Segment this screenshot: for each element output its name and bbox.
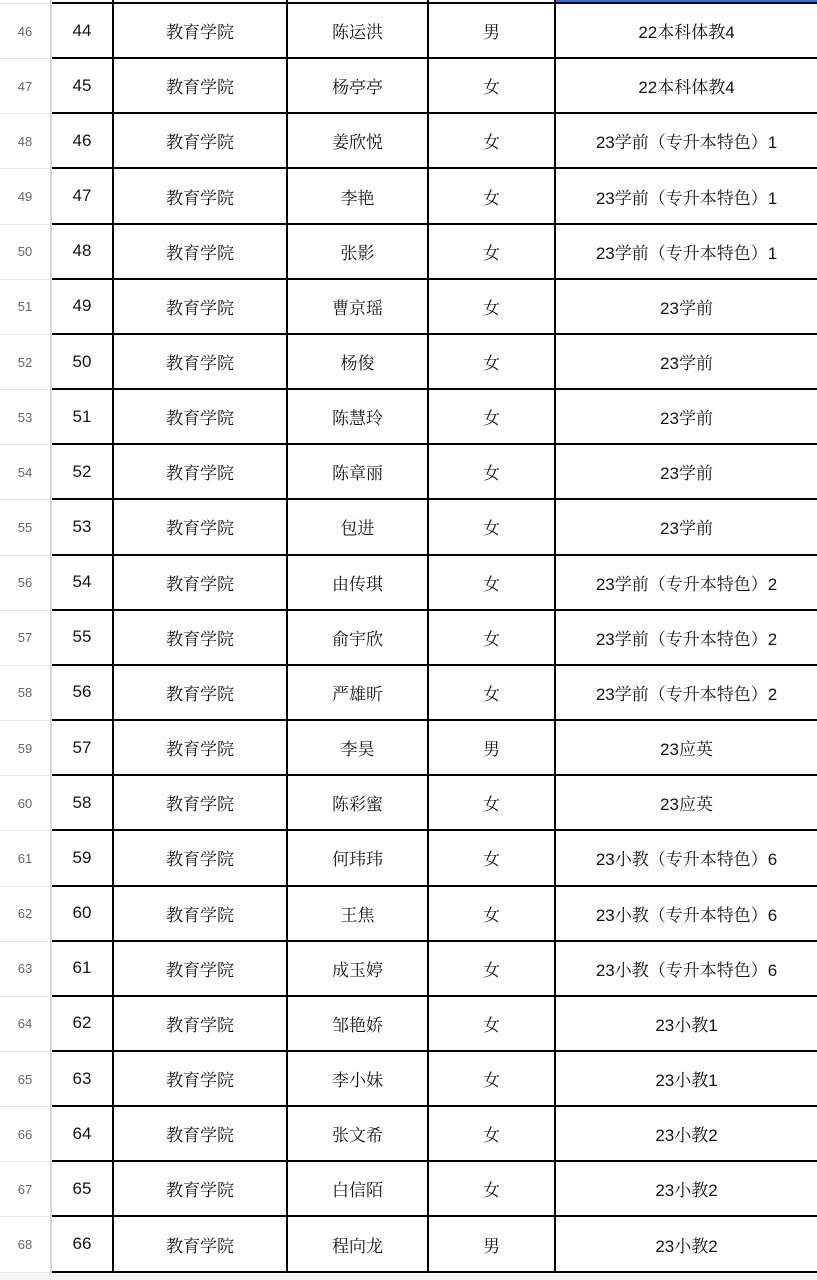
- row-header[interactable]: 50: [0, 225, 50, 280]
- cell-seq[interactable]: 48: [52, 224, 113, 279]
- cell-name[interactable]: 陈运洪: [287, 3, 428, 58]
- cell-gender[interactable]: 女: [428, 444, 555, 499]
- cell-gender[interactable]: 女: [428, 224, 555, 279]
- cell-seq[interactable]: 66: [52, 1216, 113, 1271]
- cell-seq[interactable]: 58: [52, 775, 113, 830]
- cell-gender[interactable]: 女: [428, 389, 555, 444]
- cell-class_name[interactable]: 23学前: [555, 389, 817, 444]
- cell-gender[interactable]: 女: [428, 168, 555, 223]
- row-header-gutter: 4647484950515253545556575859606162636465…: [0, 0, 52, 1280]
- row-header[interactable]: 58: [0, 666, 50, 721]
- cell-class_name[interactable]: 23应英: [555, 775, 817, 830]
- cell-class_name[interactable]: 23学前: [555, 444, 817, 499]
- cell-name[interactable]: 俞宇欣: [287, 610, 428, 665]
- cell-seq[interactable]: 64: [52, 1106, 113, 1161]
- cell-gender[interactable]: 女: [428, 830, 555, 885]
- cell-gender[interactable]: 男: [428, 720, 555, 775]
- cell-seq[interactable]: 65: [52, 1161, 113, 1216]
- cell-seq[interactable]: 45: [52, 58, 113, 113]
- cell-gender[interactable]: 女: [428, 499, 555, 554]
- row-header[interactable]: 53: [0, 390, 50, 445]
- cell-college[interactable]: 教育学院: [113, 720, 287, 775]
- row-header[interactable]: 67: [0, 1162, 50, 1217]
- table-row: 48教育学院张影女23学前（专升本特色）1: [52, 224, 817, 279]
- cell-name[interactable]: 杨俊: [287, 334, 428, 389]
- cell-gender[interactable]: 男: [428, 3, 555, 58]
- cell-college[interactable]: 教育学院: [113, 224, 287, 279]
- row-header[interactable]: 57: [0, 611, 50, 666]
- cell-class_name[interactable]: 23学前（专升本特色）2: [555, 555, 817, 610]
- cell-class_name[interactable]: 23学前: [555, 499, 817, 554]
- row-header[interactable]: 60: [0, 776, 50, 831]
- table-row: 64教育学院张文希女23小教2: [52, 1106, 817, 1161]
- cell-seq[interactable]: 56: [52, 665, 113, 720]
- table-row: 63教育学院李小妹女23小教1: [52, 1051, 817, 1106]
- table-row: 60教育学院王焦女23小教（专升本特色）6: [52, 886, 817, 941]
- table-row: 52教育学院陈章丽女23学前: [52, 444, 817, 499]
- table-row: 50教育学院杨俊女23学前: [52, 334, 817, 389]
- cell-name[interactable]: 邹艳娇: [287, 996, 428, 1051]
- table-row: 57教育学院李昊男23应英: [52, 720, 817, 775]
- table-row: 47教育学院李艳女23学前（专升本特色）1: [52, 168, 817, 223]
- row-header[interactable]: 47: [0, 59, 50, 114]
- row-header[interactable]: 61: [0, 831, 50, 886]
- cell-class_name[interactable]: 22本科体教4: [555, 58, 817, 113]
- cell-seq[interactable]: 59: [52, 830, 113, 885]
- cell-name[interactable]: 由传琪: [287, 555, 428, 610]
- cell-college[interactable]: 教育学院: [113, 941, 287, 996]
- row-header[interactable]: 54: [0, 445, 50, 500]
- cell-name[interactable]: 杨亭亭: [287, 58, 428, 113]
- cell-seq[interactable]: 63: [52, 1051, 113, 1106]
- cell-gender[interactable]: 女: [428, 886, 555, 941]
- cell-class_name[interactable]: 23小教1: [555, 996, 817, 1051]
- row-header[interactable]: 66: [0, 1107, 50, 1162]
- cell-class_name[interactable]: 23小教（专升本特色）6: [555, 886, 817, 941]
- cell-class_name[interactable]: 23小教2: [555, 1161, 817, 1216]
- row-header[interactable]: 49: [0, 169, 50, 224]
- cell-seq[interactable]: 62: [52, 996, 113, 1051]
- table-row: 55教育学院俞宇欣女23学前（专升本特色）2: [52, 610, 817, 665]
- cell-name[interactable]: 陈彩蜜: [287, 775, 428, 830]
- cell-name[interactable]: 李昊: [287, 720, 428, 775]
- table-row: 46教育学院姜欣悦女23学前（专升本特色）1: [52, 113, 817, 168]
- student-roster-table: 44教育学院陈运洪男22本科体教445教育学院杨亭亭女22本科体教446教育学院…: [52, 0, 817, 1273]
- cell-class_name[interactable]: 23小教2: [555, 1216, 817, 1271]
- cell-seq[interactable]: 50: [52, 334, 113, 389]
- cell-class_name[interactable]: 23应英: [555, 720, 817, 775]
- cell-class_name[interactable]: 23小教（专升本特色）6: [555, 830, 817, 885]
- cell-seq[interactable]: 53: [52, 499, 113, 554]
- cell-name[interactable]: 张文希: [287, 1106, 428, 1161]
- cell-name[interactable]: 张影: [287, 224, 428, 279]
- cell-class_name[interactable]: 23小教2: [555, 1106, 817, 1161]
- row-header[interactable]: 56: [0, 556, 50, 611]
- cell-name[interactable]: 李小妹: [287, 1051, 428, 1106]
- cell-gender[interactable]: 女: [428, 1051, 555, 1106]
- row-header[interactable]: 51: [0, 280, 50, 335]
- cell-college[interactable]: 教育学院: [113, 499, 287, 554]
- cell-name[interactable]: 王焦: [287, 886, 428, 941]
- cell-name[interactable]: 陈章丽: [287, 444, 428, 499]
- cell-class_name[interactable]: 23学前（专升本特色）1: [555, 168, 817, 223]
- cell-gender[interactable]: 女: [428, 58, 555, 113]
- table-row: 59教育学院何玮玮女23小教（专升本特色）6: [52, 830, 817, 885]
- cell-class_name[interactable]: 23学前（专升本特色）2: [555, 665, 817, 720]
- table-row: 65教育学院白信陌女23小教2: [52, 1161, 817, 1216]
- cell-name[interactable]: 程向龙: [287, 1216, 428, 1271]
- cell-seq[interactable]: 55: [52, 610, 113, 665]
- bottom-edge-strip: [0, 1274, 817, 1280]
- cell-seq[interactable]: 47: [52, 168, 113, 223]
- cell-class_name[interactable]: 23小教（专升本特色）6: [555, 941, 817, 996]
- cell-gender[interactable]: 女: [428, 610, 555, 665]
- row-header[interactable]: 65: [0, 1052, 50, 1107]
- cell-college[interactable]: 教育学院: [113, 830, 287, 885]
- cell-name[interactable]: 何玮玮: [287, 830, 428, 885]
- cell-gender[interactable]: 女: [428, 665, 555, 720]
- cell-seq[interactable]: 49: [52, 279, 113, 334]
- cell-college[interactable]: 教育学院: [113, 610, 287, 665]
- row-header[interactable]: 59: [0, 721, 50, 776]
- cell-college[interactable]: 教育学院: [113, 1216, 287, 1271]
- cell-seq[interactable]: 57: [52, 720, 113, 775]
- row-header[interactable]: 68: [0, 1217, 50, 1272]
- table-row: 66教育学院程向龙男23小教2: [52, 1216, 817, 1271]
- cell-college[interactable]: 教育学院: [113, 1106, 287, 1161]
- cell-name[interactable]: 陈慧玲: [287, 389, 428, 444]
- table-row: 61教育学院成玉婷女23小教（专升本特色）6: [52, 941, 817, 996]
- cell-gender[interactable]: 女: [428, 1161, 555, 1216]
- cell-name[interactable]: 白信陌: [287, 1161, 428, 1216]
- row-header[interactable]: 52: [0, 335, 50, 390]
- cell-gender[interactable]: 女: [428, 555, 555, 610]
- cell-class_name[interactable]: 23学前: [555, 279, 817, 334]
- table-row: 58教育学院陈彩蜜女23应英: [52, 775, 817, 830]
- cell-college[interactable]: 教育学院: [113, 168, 287, 223]
- table-row: 54教育学院由传琪女23学前（专升本特色）2: [52, 555, 817, 610]
- cell-name[interactable]: 包进: [287, 499, 428, 554]
- cell-seq[interactable]: 61: [52, 941, 113, 996]
- cell-college[interactable]: 教育学院: [113, 1051, 287, 1106]
- cell-class_name[interactable]: 23学前（专升本特色）1: [555, 113, 817, 168]
- cell-gender[interactable]: 女: [428, 279, 555, 334]
- cell-gender[interactable]: 女: [428, 113, 555, 168]
- cell-college[interactable]: 教育学院: [113, 775, 287, 830]
- cell-name[interactable]: 李艳: [287, 168, 428, 223]
- cell-college[interactable]: 教育学院: [113, 113, 287, 168]
- row-header[interactable]: 64: [0, 997, 50, 1052]
- cell-class_name[interactable]: 23学前: [555, 334, 817, 389]
- cell-seq[interactable]: 52: [52, 444, 113, 499]
- table-row: 49教育学院曹京瑶女23学前: [52, 279, 817, 334]
- cell-gender[interactable]: 女: [428, 775, 555, 830]
- cell-college[interactable]: 教育学院: [113, 996, 287, 1051]
- cell-gender[interactable]: 女: [428, 996, 555, 1051]
- table-row: 51教育学院陈慧玲女23学前: [52, 389, 817, 444]
- cell-college[interactable]: 教育学院: [113, 665, 287, 720]
- cell-class_name[interactable]: 23小教1: [555, 1051, 817, 1106]
- row-header[interactable]: 63: [0, 942, 50, 997]
- cell-seq[interactable]: 60: [52, 886, 113, 941]
- cell-college[interactable]: 教育学院: [113, 58, 287, 113]
- cell-name[interactable]: 成玉婷: [287, 941, 428, 996]
- cell-class_name[interactable]: 23学前（专升本特色）2: [555, 610, 817, 665]
- cell-college[interactable]: 教育学院: [113, 389, 287, 444]
- cell-college[interactable]: 教育学院: [113, 886, 287, 941]
- cell-seq[interactable]: 44: [52, 3, 113, 58]
- spreadsheet-table: 44教育学院陈运洪男22本科体教445教育学院杨亭亭女22本科体教446教育学院…: [52, 0, 817, 1273]
- cell-seq[interactable]: 51: [52, 389, 113, 444]
- cell-gender[interactable]: 女: [428, 1106, 555, 1161]
- cell-college[interactable]: 教育学院: [113, 444, 287, 499]
- row-header[interactable]: 62: [0, 887, 50, 942]
- cell-college[interactable]: 教育学院: [113, 334, 287, 389]
- cell-class_name[interactable]: 23学前（专升本特色）1: [555, 224, 817, 279]
- cell-college[interactable]: 教育学院: [113, 3, 287, 58]
- cell-seq[interactable]: 54: [52, 555, 113, 610]
- cell-name[interactable]: 曹京瑶: [287, 279, 428, 334]
- row-header[interactable]: 48: [0, 114, 50, 169]
- cell-college[interactable]: 教育学院: [113, 279, 287, 334]
- cell-name[interactable]: 姜欣悦: [287, 113, 428, 168]
- cell-class_name[interactable]: 22本科体教4: [555, 3, 817, 58]
- cell-gender[interactable]: 女: [428, 334, 555, 389]
- cell-college[interactable]: 教育学院: [113, 555, 287, 610]
- table-row: 53教育学院包进女23学前: [52, 499, 817, 554]
- table-row: 56教育学院严雄昕女23学前（专升本特色）2: [52, 665, 817, 720]
- table-row: 45教育学院杨亭亭女22本科体教4: [52, 58, 817, 113]
- row-header[interactable]: 55: [0, 500, 50, 555]
- row-header[interactable]: 46: [0, 4, 50, 59]
- cell-gender[interactable]: 男: [428, 1216, 555, 1271]
- table-row: 62教育学院邹艳娇女23小教1: [52, 996, 817, 1051]
- table-row: 44教育学院陈运洪男22本科体教4: [52, 3, 817, 58]
- cell-seq[interactable]: 46: [52, 113, 113, 168]
- cell-name[interactable]: 严雄昕: [287, 665, 428, 720]
- cell-gender[interactable]: 女: [428, 941, 555, 996]
- cell-college[interactable]: 教育学院: [113, 1161, 287, 1216]
